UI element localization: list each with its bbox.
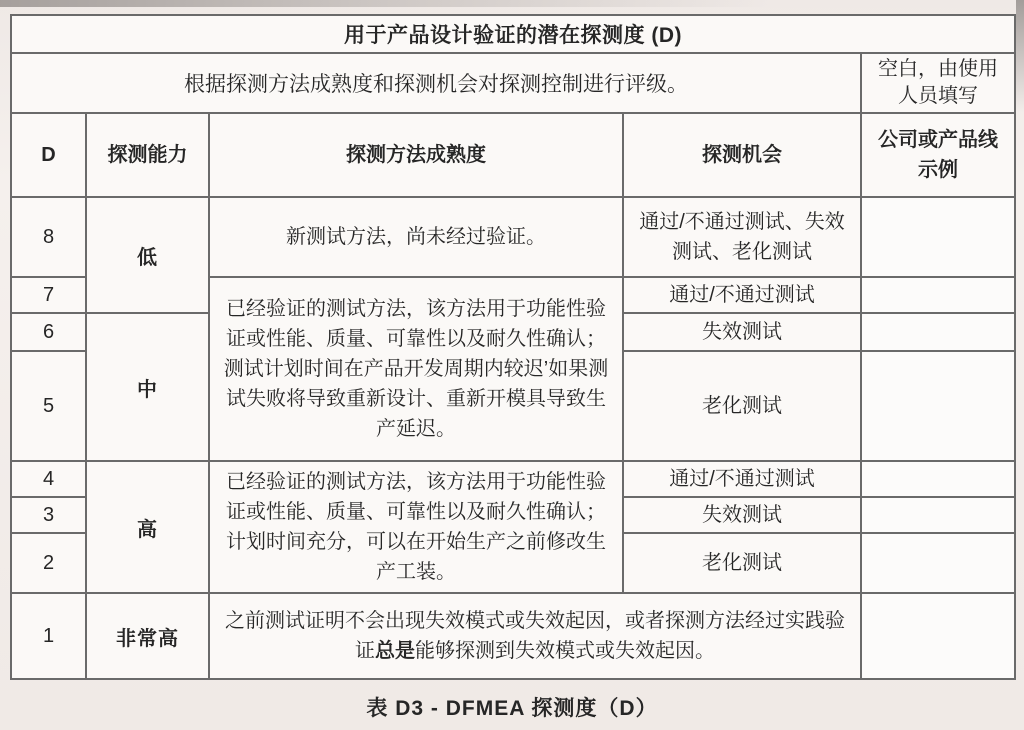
header-capability: 探测能力: [86, 113, 209, 197]
table-title: 用于产品设计验证的潜在探测度 (D): [11, 15, 1015, 53]
capability-very-high: 非常高: [86, 593, 209, 679]
header-d: D: [11, 113, 86, 197]
maturity-rank4-2: 已经验证的测试方法，该方法用于功能性验证或性能、质量、可靠性以及耐久性确认；计划…: [209, 461, 623, 593]
example-cell-rank6: [861, 313, 1015, 351]
d-value-5: 5: [11, 351, 86, 461]
example-cell-rank3: [861, 497, 1015, 533]
example-cell-rank4: [861, 461, 1015, 497]
header-maturity: 探测方法成熟度: [209, 113, 623, 197]
d-value-3: 3: [11, 497, 86, 533]
table-subtitle: 根据探测方法成熟度和探测机会对探测控制进行评级。: [11, 53, 861, 113]
table-caption: 表 D3 - DFMEA 探测度（D）: [0, 692, 1024, 722]
dfmea-detection-table: 用于产品设计验证的潜在探测度 (D) 根据探测方法成熟度和探测机会对探测控制进行…: [10, 14, 1016, 680]
opportunity-rank4: 通过/不通过测试: [623, 461, 861, 497]
d-value-4: 4: [11, 461, 86, 497]
maturity-rank1-text-bold: 总是: [375, 640, 415, 662]
example-cell-rank2: [861, 533, 1015, 593]
opportunity-rank5: 老化测试: [623, 351, 861, 461]
scan-edge-shadow-top: [0, 0, 770, 7]
maturity-rank8: 新测试方法，尚未经过验证。: [209, 197, 623, 277]
opportunity-rank8: 通过/不通过测试、失效测试、老化测试: [623, 197, 861, 277]
header-example: 公司或产品线示例: [861, 113, 1015, 197]
d-value-1: 1: [11, 593, 86, 679]
example-cell-rank8: [861, 197, 1015, 277]
capability-low: 低: [86, 197, 209, 313]
example-cell-rank7: [861, 277, 1015, 313]
maturity-rank7-5: 已经验证的测试方法，该方法用于功能性验证或性能、质量、可靠性以及耐久性确认；测试…: [209, 277, 623, 461]
opportunity-rank3: 失效测试: [623, 497, 861, 533]
table-row-rank-1: 1 非常高 之前测试证明不会出现失效模式或失效起因，或者探测方法经过实践验证总是…: [11, 593, 1015, 679]
example-cell-rank5: [861, 351, 1015, 461]
d-value-6: 6: [11, 313, 86, 351]
table-row-title: 用于产品设计验证的潜在探测度 (D): [11, 15, 1015, 53]
d-value-7: 7: [11, 277, 86, 313]
opportunity-rank2: 老化测试: [623, 533, 861, 593]
maturity-rank1: 之前测试证明不会出现失效模式或失效起因，或者探测方法经过实践验证总是能够探测到失…: [209, 593, 861, 679]
capability-medium: 中: [86, 313, 209, 461]
d-value-2: 2: [11, 533, 86, 593]
table-row-headers: D 探测能力 探测方法成熟度 探测机会 公司或产品线示例: [11, 113, 1015, 197]
opportunity-rank6: 失效测试: [623, 313, 861, 351]
scan-edge-shadow-right: [1016, 0, 1024, 112]
scanned-document-page: 用于产品设计验证的潜在探测度 (D) 根据探测方法成熟度和探测机会对探测控制进行…: [0, 0, 1024, 730]
blank-note-cell: 空白，由使用人员填写: [861, 53, 1015, 113]
header-opportunity: 探测机会: [623, 113, 861, 197]
maturity-rank1-text-post: 能够探测到失效模式或失效起因。: [415, 640, 715, 662]
table-row-rank-4: 4 高 已经验证的测试方法，该方法用于功能性验证或性能、质量、可靠性以及耐久性确…: [11, 461, 1015, 497]
capability-high: 高: [86, 461, 209, 593]
example-cell-rank1: [861, 593, 1015, 679]
table-row-subtitle: 根据探测方法成熟度和探测机会对探测控制进行评级。 空白，由使用人员填写: [11, 53, 1015, 113]
opportunity-rank7: 通过/不通过测试: [623, 277, 861, 313]
table-row-rank-8: 8 低 新测试方法，尚未经过验证。 通过/不通过测试、失效测试、老化测试: [11, 197, 1015, 277]
d-value-8: 8: [11, 197, 86, 277]
